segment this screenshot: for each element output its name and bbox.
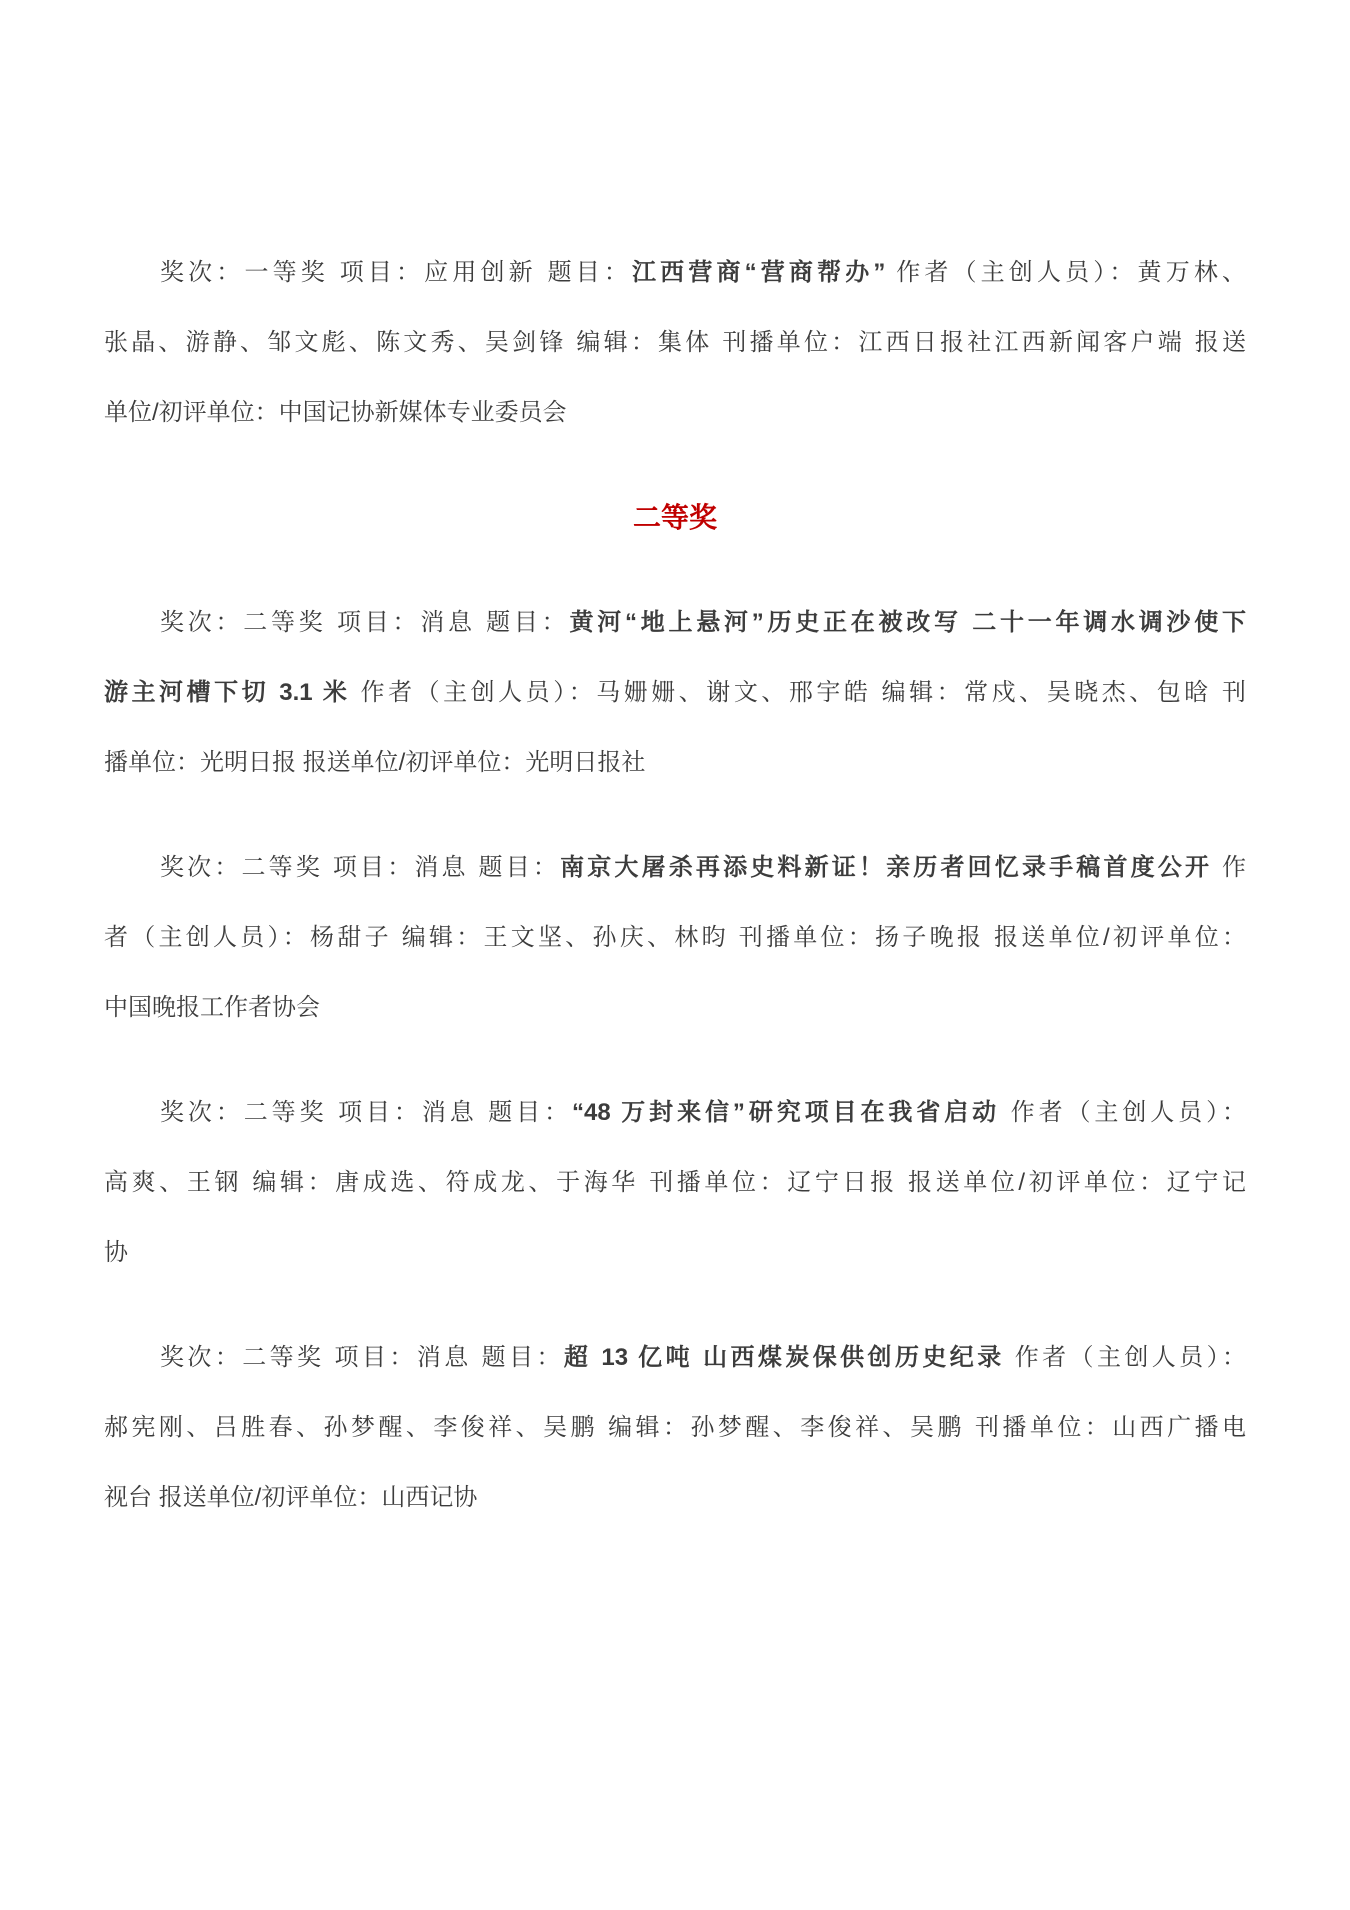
award-detail-text: 单位/初评单位：中国记协新媒体专业委员会 bbox=[104, 399, 567, 426]
award-detail-text: 奖次：二等奖 项目：消息 题目： bbox=[160, 854, 560, 881]
text-line: 视台 报送单位/初评单位：山西记协 bbox=[104, 1463, 1246, 1533]
award-detail-text: 作者（主创人员）： bbox=[1005, 1344, 1246, 1371]
award-title-text: 江西营商“营商帮办” bbox=[632, 259, 885, 286]
text-line: 者（主创人员）：杨甜子 编辑：王文坚、孙庆、林昀 刊播单位：扬子晚报 报送单位/… bbox=[104, 903, 1246, 973]
text-line: 播单位：光明日报 报送单位/初评单位：光明日报社 bbox=[104, 728, 1246, 798]
award-detail-text: 奖次：一等奖 项目：应用创新 题目： bbox=[160, 259, 632, 286]
text-line: 协 bbox=[104, 1218, 1246, 1288]
text-line: 奖次：二等奖 项目：消息 题目：“48 万封来信”研究项目在我省启动 作者（主创… bbox=[104, 1078, 1246, 1148]
award-entry-yingshang-bangban: 奖次：一等奖 项目：应用创新 题目：江西营商“营商帮办” 作者（主创人员）：黄万… bbox=[104, 238, 1246, 448]
text-line: 高爽、王钢 编辑：唐成选、符成龙、于海华 刊播单位：辽宁日报 报送单位/初评单位… bbox=[104, 1148, 1246, 1218]
document-body: 奖次：一等奖 项目：应用创新 题目：江西营商“营商帮办” 作者（主创人员）：黄万… bbox=[0, 0, 1350, 1533]
award-detail-text: 播单位：光明日报 报送单位/初评单位：光明日报社 bbox=[104, 749, 645, 776]
document-page: 奖次：一等奖 项目：应用创新 题目：江西营商“营商帮办” 作者（主创人员）：黄万… bbox=[0, 0, 1350, 1910]
award-title-text: “48 万封来信”研究项目在我省启动 bbox=[572, 1099, 1000, 1126]
section-heading-second-prize: 二等奖 bbox=[104, 483, 1246, 553]
award-entry-nanjing-datusha: 奖次：二等奖 项目：消息 题目：南京大屠杀再添史料新证！亲历者回忆录手稿首度公开… bbox=[104, 833, 1246, 1043]
award-detail-text: 奖次：二等奖 项目：消息 题目： bbox=[160, 609, 569, 636]
award-detail-text: 作者（主创人员）：黄万林、 bbox=[885, 259, 1246, 286]
award-detail-text: 奖次：二等奖 项目：消息 题目： bbox=[160, 1099, 572, 1126]
award-title-text: 超 13 亿吨 山西煤炭保供创历史纪录 bbox=[564, 1344, 1005, 1371]
award-detail-text: 作者（主创人员）： bbox=[1000, 1099, 1246, 1126]
award-title-text: 游主河槽下切 3.1 米 bbox=[104, 679, 350, 706]
text-line: 中国晚报工作者协会 bbox=[104, 973, 1246, 1043]
award-detail-text: 协 bbox=[104, 1239, 128, 1266]
text-line: 游主河槽下切 3.1 米 作者（主创人员）：马姗姗、谢文、邢宇皓 编辑：常戍、吴… bbox=[104, 658, 1246, 728]
text-line: 奖次：二等奖 项目：消息 题目：黄河“地上悬河”历史正在被改写 二十一年调水调沙… bbox=[104, 588, 1246, 658]
award-title-text: 黄河“地上悬河”历史正在被改写 二十一年调水调沙使下 bbox=[569, 609, 1246, 636]
text-line: 郝宪刚、吕胜春、孙梦醒、李俊祥、吴鹏 编辑：孙梦醒、李俊祥、吴鹏 刊播单位：山西… bbox=[104, 1393, 1246, 1463]
text-line: 单位/初评单位：中国记协新媒体专业委员会 bbox=[104, 378, 1246, 448]
award-title-text: 南京大屠杀再添史料新证！亲历者回忆录手稿首度公开 bbox=[560, 854, 1212, 881]
award-detail-text: 作 bbox=[1212, 854, 1246, 881]
award-detail-text: 高爽、王钢 编辑：唐成选、符成龙、于海华 刊播单位：辽宁日报 报送单位/初评单位… bbox=[104, 1169, 1246, 1196]
text-line: 张晶、游静、邹文彪、陈文秀、吴剑锋 编辑：集体 刊播单位：江西日报社江西新闻客户… bbox=[104, 308, 1246, 378]
text-line: 奖次：二等奖 项目：消息 题目：南京大屠杀再添史料新证！亲历者回忆录手稿首度公开… bbox=[104, 833, 1246, 903]
award-entry-huanghe-xuanhe: 奖次：二等奖 项目：消息 题目：黄河“地上悬河”历史正在被改写 二十一年调水调沙… bbox=[104, 588, 1246, 798]
award-detail-text: 视台 报送单位/初评单位：山西记协 bbox=[104, 1484, 477, 1511]
award-detail-text: 奖次：二等奖 项目：消息 题目： bbox=[160, 1344, 564, 1371]
award-entry-shanxi-meitan: 奖次：二等奖 项目：消息 题目：超 13 亿吨 山西煤炭保供创历史纪录 作者（主… bbox=[104, 1323, 1246, 1533]
award-detail-text: 作者（主创人员）：马姗姗、谢文、邢宇皓 编辑：常戍、吴晓杰、包晗 刊 bbox=[350, 679, 1246, 706]
text-line: 奖次：一等奖 项目：应用创新 题目：江西营商“营商帮办” 作者（主创人员）：黄万… bbox=[104, 238, 1246, 308]
award-detail-text: 张晶、游静、邹文彪、陈文秀、吴剑锋 编辑：集体 刊播单位：江西日报社江西新闻客户… bbox=[104, 329, 1246, 356]
award-detail-text: 中国晚报工作者协会 bbox=[104, 994, 320, 1021]
text-line: 奖次：二等奖 项目：消息 题目：超 13 亿吨 山西煤炭保供创历史纪录 作者（主… bbox=[104, 1323, 1246, 1393]
award-detail-text: 郝宪刚、吕胜春、孙梦醒、李俊祥、吴鹏 编辑：孙梦醒、李俊祥、吴鹏 刊播单位：山西… bbox=[104, 1414, 1246, 1441]
award-entry-48wan-laixin: 奖次：二等奖 项目：消息 题目：“48 万封来信”研究项目在我省启动 作者（主创… bbox=[104, 1078, 1246, 1288]
award-detail-text: 者（主创人员）：杨甜子 编辑：王文坚、孙庆、林昀 刊播单位：扬子晚报 报送单位/… bbox=[104, 924, 1246, 951]
